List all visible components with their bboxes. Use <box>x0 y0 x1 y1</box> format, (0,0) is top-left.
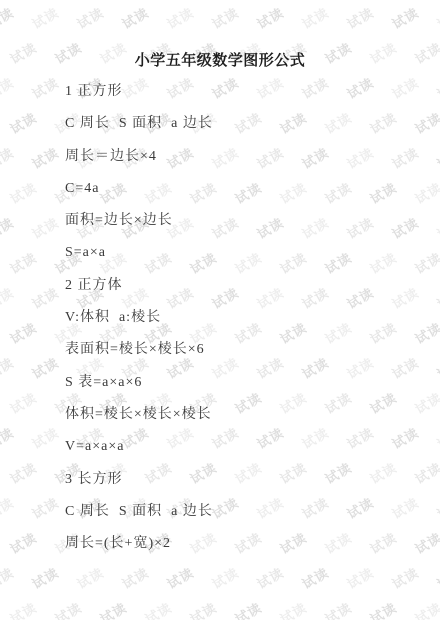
watermark-stamp: 试读 <box>411 597 440 620</box>
watermark-stamp: 试读 <box>28 72 62 102</box>
watermark-stamp: 试读 <box>0 282 17 312</box>
formula-line: C 周长 S 面积 a 边长 <box>65 116 424 148</box>
watermark-stamp: 试读 <box>163 2 197 32</box>
document-title: 小学五年级数学图形公式 <box>0 49 440 70</box>
watermark-stamp: 试读 <box>433 142 440 172</box>
watermark-stamp: 试读 <box>28 422 62 452</box>
watermark-stamp: 试读 <box>433 282 440 312</box>
watermark-stamp: 试读 <box>6 387 40 417</box>
watermark-stamp: 试读 <box>0 2 17 32</box>
watermark-stamp: 试读 <box>28 492 62 522</box>
watermark-stamp: 试读 <box>6 457 40 487</box>
watermark-stamp: 试读 <box>6 247 40 277</box>
watermark-stamp: 试读 <box>0 562 17 592</box>
watermark-stamp: 试读 <box>253 2 287 32</box>
watermark-stamp: 试读 <box>298 2 332 32</box>
watermark-stamp: 试读 <box>0 72 17 102</box>
watermark-stamp: 试读 <box>0 492 17 522</box>
watermark-stamp: 试读 <box>388 2 422 32</box>
watermark-stamp: 试读 <box>6 527 40 557</box>
watermark-stamp: 试读 <box>6 597 40 620</box>
watermark-stamp: 试读 <box>6 317 40 347</box>
watermark-stamp: 试读 <box>433 492 440 522</box>
formula-line: S=a×a <box>65 245 424 277</box>
watermark-stamp: 试读 <box>0 422 17 452</box>
watermark-stamp: 试读 <box>141 597 175 620</box>
watermark-stamp: 试读 <box>0 142 17 172</box>
formula-line: V:体积 a:棱长 <box>65 310 424 342</box>
watermark-stamp: 试读 <box>0 212 17 242</box>
watermark-stamp: 试读 <box>208 2 242 32</box>
formula-line: C=4a <box>65 181 424 213</box>
watermark-stamp: 试读 <box>51 597 85 620</box>
formula-line: 周长＝边长×4 <box>65 149 424 181</box>
formula-line: 1 正方形 <box>65 84 424 116</box>
formula-line: C 周长 S 面积 a 边长 <box>65 504 424 536</box>
watermark-stamp: 试读 <box>118 2 152 32</box>
formula-line: 表面积=棱长×棱长×6 <box>65 342 424 374</box>
watermark-stamp: 试读 <box>28 2 62 32</box>
watermark-stamp: 试读 <box>231 597 265 620</box>
watermark-stamp: 试读 <box>366 597 400 620</box>
formula-line: V=a×a×a <box>65 439 424 471</box>
watermark-stamp: 试读 <box>343 2 377 32</box>
watermark-stamp: 试读 <box>433 212 440 242</box>
watermark-stamp: 试读 <box>96 597 130 620</box>
formula-line: 3 长方形 <box>65 472 424 504</box>
watermark-stamp: 试读 <box>276 597 310 620</box>
watermark-stamp: 试读 <box>28 212 62 242</box>
formula-line: 面积=边长×边长 <box>65 213 424 245</box>
watermark-stamp: 试读 <box>6 107 40 137</box>
formula-line: 体积=棱长×棱长×棱长 <box>65 407 424 439</box>
formula-line: 周长=(长+宽)×2 <box>65 536 424 568</box>
document-page: 试读试读试读试读试读试读试读试读试读试读试读试读试读试读试读试读试读试读试读试读… <box>0 0 440 620</box>
watermark-stamp: 试读 <box>321 597 355 620</box>
watermark-stamp: 试读 <box>433 2 440 32</box>
watermark-stamp: 试读 <box>433 352 440 382</box>
watermark-stamp: 试读 <box>28 282 62 312</box>
watermark-stamp: 试读 <box>28 142 62 172</box>
watermark-stamp: 试读 <box>433 72 440 102</box>
watermark-stamp: 试读 <box>433 422 440 452</box>
watermark-stamp: 试读 <box>0 352 17 382</box>
watermark-stamp: 试读 <box>28 562 62 592</box>
watermark-stamp: 试读 <box>6 177 40 207</box>
watermark-stamp: 试读 <box>28 352 62 382</box>
watermark-stamp: 试读 <box>186 597 220 620</box>
formula-line: S 表=a×a×6 <box>65 375 424 407</box>
formula-line: 2 正方体 <box>65 278 424 310</box>
watermark-stamp: 试读 <box>433 562 440 592</box>
formula-list: 1 正方形C 周长 S 面积 a 边长周长＝边长×4C=4a面积=边长×边长S=… <box>65 84 424 568</box>
watermark-stamp: 试读 <box>73 2 107 32</box>
